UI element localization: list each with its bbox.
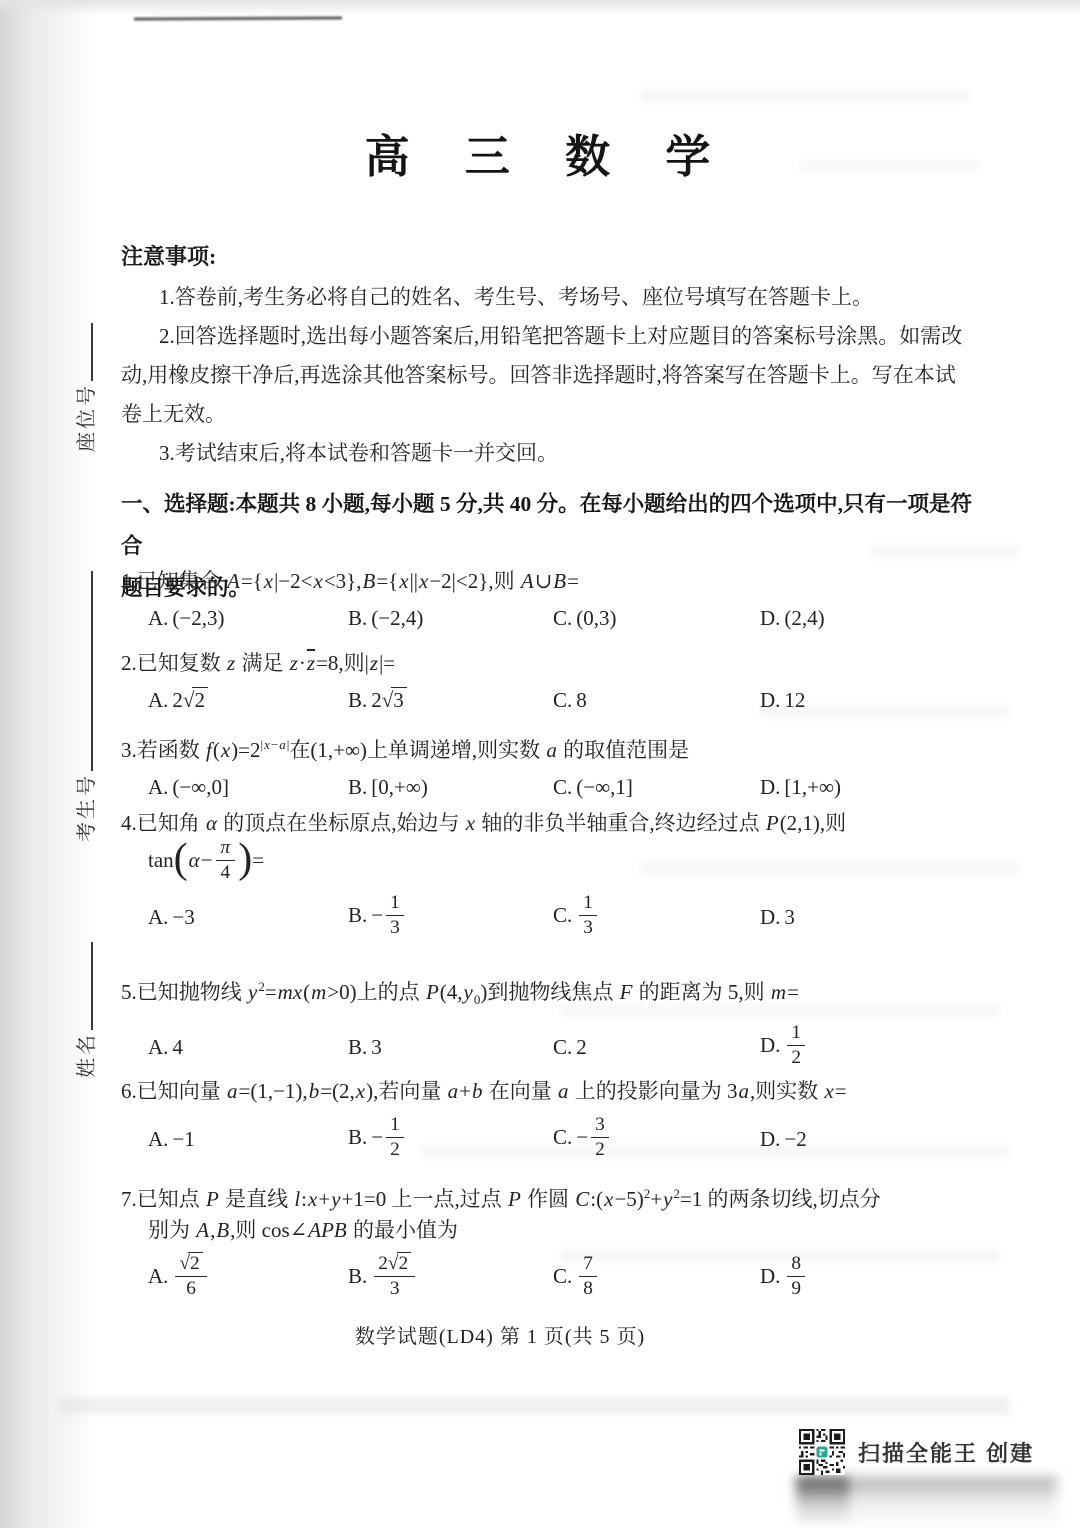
option-D: D.89 xyxy=(760,1255,1001,1301)
math-var: x xyxy=(355,1079,366,1103)
exam-page: 高 三 数 学 注意事项: 1.答卷前,考生务必将自己的姓名、考生号、考场号、座… xyxy=(0,0,1080,1528)
question-2-options: A.2√2B.2√3C.8D.12 xyxy=(121,688,1001,713)
page-footer: 数学试题(LD4) 第 1 页(共 5 页) xyxy=(120,1320,880,1349)
option-A: A.(−∞,0] xyxy=(148,775,348,800)
math-var: f xyxy=(205,738,213,762)
math-var: x xyxy=(263,569,274,593)
option-D: D.3 xyxy=(760,905,1001,930)
math-var: π xyxy=(220,837,232,858)
math-var: x xyxy=(312,569,323,593)
option-label: C. xyxy=(553,1125,572,1149)
question-1-stem-line: 1.已知集合 A={x|−2<x<3},B={x||x−2|<2},则 A∪B= xyxy=(121,566,1001,597)
question-4-options: A.−3B.−13C.13D.3 xyxy=(121,894,1001,940)
numerator: √2 xyxy=(175,1253,206,1277)
denominator: 2 xyxy=(386,1138,404,1161)
side-label-text: 座位号 xyxy=(76,383,98,452)
option-B: B.2√3 xyxy=(348,688,553,713)
denominator: 4 xyxy=(216,861,236,884)
fraction: 89 xyxy=(787,1253,805,1299)
math-var: a xyxy=(447,1079,460,1103)
fill-in-blank-line xyxy=(74,942,93,1030)
option-label: C. xyxy=(553,688,572,712)
math-var: α xyxy=(188,848,201,872)
question-6-options: A.−1B.−12C.−32D.−2 xyxy=(121,1116,1001,1162)
question-4: 4.已知角 α 的顶点在坐标原点,始边与 x 轴的非负半轴重合,终边经过点 P(… xyxy=(121,808,1001,941)
option-label: D. xyxy=(760,1264,780,1288)
math-function: tan xyxy=(148,848,174,872)
side-label-text: 姓名 xyxy=(76,1032,98,1078)
math-var: B xyxy=(552,569,567,593)
question-3: 3.若函数 f(x)=2|x−a|在(1,+∞)上单调递增,则实数 a 的取值范… xyxy=(121,729,1001,800)
denominator: 8 xyxy=(579,1277,597,1300)
question-7-stem-line: 7.已知点 P 是直线 l:x+y+1=0 上一点,过点 P 作圆 C:(x−5… xyxy=(121,1178,1001,1215)
question-3-stem-line: 3.若函数 f(x)=2|x−a|在(1,+∞)上单调递增,则实数 a 的取值范… xyxy=(121,729,1001,766)
big-paren: ) xyxy=(238,836,252,882)
option-A: A.(−2,3) xyxy=(148,606,348,631)
math-var: y xyxy=(463,980,474,1004)
option-B: B.[0,+∞) xyxy=(348,775,553,800)
denominator: 9 xyxy=(787,1277,805,1300)
option-C: C.78 xyxy=(553,1255,760,1301)
math-var: A xyxy=(195,1218,210,1242)
math-var: A xyxy=(520,569,535,593)
radicand: 2 xyxy=(192,687,208,712)
option-label: C. xyxy=(553,775,572,799)
fraction: 78 xyxy=(579,1253,597,1299)
notice-item-2-line: 2.回答选择题时,选出每小题答案后,用铅笔把答题卡上对应题目的答案标号涂黑。如需… xyxy=(121,317,969,356)
option-label: C. xyxy=(553,1264,572,1288)
numerator: 1 xyxy=(787,1022,805,1046)
math-var: mx xyxy=(277,980,304,1004)
option-label: A. xyxy=(148,775,168,799)
option-label: B. xyxy=(348,775,367,799)
math-var: x xyxy=(307,1187,318,1211)
math-var: a xyxy=(226,1079,239,1103)
option-C: C.2 xyxy=(553,1035,760,1060)
math-var: x xyxy=(263,737,271,752)
math-var: C xyxy=(574,1187,590,1211)
question-5: 5.已知抛物线 y2=mx(m>0)上的点 P(4,y0)到抛物线焦点 F 的距… xyxy=(121,971,1001,1070)
scan-artifact xyxy=(640,90,970,102)
option-D: D.(2,4) xyxy=(760,606,1001,631)
option-D: D.−2 xyxy=(760,1127,1001,1152)
question-2: 2.已知复数 z 满足 z·z=8,则|z|=A.2√2B.2√3C.8D.12 xyxy=(121,648,1001,713)
numerator: 8 xyxy=(787,1253,805,1277)
numerator: 3 xyxy=(591,1114,609,1138)
math-function: cos xyxy=(262,1218,290,1242)
radicand: 3 xyxy=(391,687,407,712)
superscript: 2 xyxy=(673,1186,680,1201)
notice-list: 1.答卷前,考生务必将自己的姓名、考生号、考场号、座位号填写在答题卡上。2.回答… xyxy=(121,278,969,473)
math-var: B xyxy=(362,569,377,593)
math-var: y xyxy=(247,980,258,1004)
option-label: D. xyxy=(760,775,780,799)
option-label: A. xyxy=(148,606,168,630)
math-var: B xyxy=(215,1218,230,1242)
qr-code-icon xyxy=(799,1429,845,1475)
math-var: a xyxy=(737,1079,750,1103)
radicand: 2 xyxy=(397,1252,412,1274)
numerator: 1 xyxy=(386,892,404,916)
math-var: x xyxy=(220,738,231,762)
math-var: l xyxy=(293,1187,301,1211)
big-paren: ( xyxy=(174,836,188,882)
option-label: C. xyxy=(553,606,572,630)
option-label: B. xyxy=(348,1264,367,1288)
option-label: B. xyxy=(348,903,367,927)
scan-artifact-line xyxy=(134,16,342,20)
side-label-text: 考生号 xyxy=(76,773,98,842)
math-var: m xyxy=(310,980,327,1004)
option-D: D.[1,+∞) xyxy=(760,775,1001,800)
numerator: 2√2 xyxy=(374,1253,415,1277)
fill-in-blank-line xyxy=(74,323,93,381)
question-4-stem-line: tan(α−π4)= xyxy=(121,839,1001,885)
fraction: √26 xyxy=(175,1253,206,1299)
side-label-2: 考生号 xyxy=(70,571,99,842)
math-var: x xyxy=(398,569,409,593)
math-var: z xyxy=(226,651,236,675)
option-label: D. xyxy=(760,1033,780,1057)
superscript: |x−a| xyxy=(261,737,290,752)
option-label: B. xyxy=(348,688,367,712)
question-6-stem-line: 6.已知向量 a=(1,−1),b=(2,x),若向量 a+b 在向量 a 上的… xyxy=(121,1076,1001,1107)
option-label: D. xyxy=(760,606,780,630)
denominator: 2 xyxy=(591,1138,609,1161)
math-var: y xyxy=(330,1187,341,1211)
sqrt-expression: √2 xyxy=(183,687,208,712)
math-var: P xyxy=(205,1187,220,1211)
question-5-stem-line: 5.已知抛物线 y2=mx(m>0)上的点 P(4,y0)到抛物线焦点 F 的距… xyxy=(121,971,1001,1015)
fraction: π4 xyxy=(216,837,236,883)
scan-top-shade xyxy=(0,0,1080,16)
option-A: A.−3 xyxy=(148,905,348,930)
question-2-stem-line: 2.已知复数 z 满足 z·z=8,则|z|= xyxy=(121,648,1001,679)
math-var: a xyxy=(545,738,558,762)
option-C: C.−32 xyxy=(553,1116,760,1162)
option-C: C.(−∞,1] xyxy=(553,775,760,800)
option-label: A. xyxy=(148,1264,168,1288)
side-label-3: 座位号 xyxy=(70,323,99,452)
scanner-shadow-qr xyxy=(797,1477,849,1527)
sqrt-expression: √2 xyxy=(179,1252,202,1274)
question-3-options: A.(−∞,0]B.[0,+∞)C.(−∞,1]D.[1,+∞) xyxy=(121,775,1001,800)
option-A: A.4 xyxy=(148,1035,348,1060)
scanner-watermark: 扫描全能王 创建 xyxy=(799,1429,1034,1475)
option-label: A. xyxy=(148,905,168,929)
option-label: A. xyxy=(148,1127,168,1151)
denominator: 3 xyxy=(386,916,404,939)
conjugate-var: z xyxy=(306,651,316,675)
side-label-1: 姓名 xyxy=(70,942,99,1078)
math-var: P xyxy=(425,980,440,1004)
option-label: A. xyxy=(148,688,168,712)
question-1: 1.已知集合 A={x|−2<x<3},B={x||x−2|<2},则 A∪B=… xyxy=(121,566,1001,631)
option-label: A. xyxy=(148,1035,168,1059)
question-7-stem-line: 别为 A,B,则 cos∠APB 的最小值为 xyxy=(121,1215,1001,1246)
math-var: x xyxy=(603,1187,614,1211)
fraction: 13 xyxy=(579,892,597,938)
fraction: 32 xyxy=(591,1114,609,1160)
option-label: D. xyxy=(760,1127,780,1151)
fraction: 12 xyxy=(386,1114,404,1160)
question-5-options: A.4B.3C.2D.12 xyxy=(121,1024,1001,1070)
option-label: C. xyxy=(553,1035,572,1059)
question-7: 7.已知点 P 是直线 l:x+y+1=0 上一点,过点 P 作圆 C:(x−5… xyxy=(121,1178,1001,1301)
notice-item-2-line: 动,用橡皮擦干净后,再选涂其他答案标号。回答非选择题时,将答案写在答题卡上。写在… xyxy=(121,356,969,395)
option-A: A.−1 xyxy=(148,1127,348,1152)
notice-heading: 注意事项: xyxy=(121,240,216,271)
numerator: 1 xyxy=(386,1114,404,1138)
question-6: 6.已知向量 a=(1,−1),b=(2,x),若向量 a+b 在向量 a 上的… xyxy=(121,1076,1001,1162)
denominator: 3 xyxy=(374,1277,415,1300)
radical-sign: √ xyxy=(179,1253,188,1274)
option-D: D.12 xyxy=(760,1024,1001,1070)
fraction: 13 xyxy=(386,892,404,938)
option-B: B.2√23 xyxy=(348,1255,553,1301)
math-var: a xyxy=(557,1079,570,1103)
numerator: 7 xyxy=(579,1253,597,1277)
notice-item-1-line: 1.答卷前,考生务必将自己的姓名、考生号、考场号、座位号填写在答题卡上。 xyxy=(121,278,969,317)
denominator: 2 xyxy=(787,1046,805,1069)
fraction: 2√23 xyxy=(374,1253,415,1299)
superscript: 2 xyxy=(644,1186,651,1201)
radical-sign: √ xyxy=(382,688,392,712)
question-1-options: A.(−2,3)B.(−2,4)C.(0,3)D.(2,4) xyxy=(121,606,1001,631)
math-var: y xyxy=(662,1187,673,1211)
option-label: B. xyxy=(348,1035,367,1059)
option-B: B.(−2,4) xyxy=(348,606,553,631)
sqrt-expression: √3 xyxy=(382,687,407,712)
math-var: α xyxy=(205,811,218,835)
scan-artifact-band xyxy=(60,1398,1010,1414)
option-B: B.−12 xyxy=(348,1116,553,1162)
option-label: D. xyxy=(760,688,780,712)
math-var: a xyxy=(278,737,287,752)
notice-item-2-line: 卷上无效。 xyxy=(121,395,969,434)
option-label: B. xyxy=(348,1125,367,1149)
option-A: A.2√2 xyxy=(148,688,348,713)
superscript: 2 xyxy=(258,979,265,994)
fill-in-blank-line xyxy=(74,571,93,771)
math-var: F xyxy=(619,980,634,1004)
math-var: x xyxy=(823,1079,834,1103)
math-var: x xyxy=(418,569,429,593)
radical-sign: √ xyxy=(388,1253,397,1274)
radicand: 2 xyxy=(188,1252,203,1274)
option-label: B. xyxy=(348,606,367,630)
math-var: b xyxy=(308,1079,321,1103)
option-A: A.√26 xyxy=(148,1255,348,1301)
numerator: π xyxy=(216,837,236,861)
notice-item-3-line: 3.考试结束后,将本试卷和答题卡一并交回。 xyxy=(121,434,969,473)
section-heading-line1: 一、选择题:本题共 8 小题,每小题 5 分,共 40 分。在每小题给出的四个选… xyxy=(121,483,981,567)
math-var: P xyxy=(765,811,780,835)
scanner-text: 扫描全能王 创建 xyxy=(858,1437,1034,1468)
denominator: 6 xyxy=(175,1277,206,1300)
question-4-stem-line: 4.已知角 α 的顶点在坐标原点,始边与 x 轴的非负半轴重合,终边经过点 P(… xyxy=(121,808,1001,839)
page-title: 高 三 数 学 xyxy=(120,120,960,185)
option-B: B.3 xyxy=(348,1035,553,1060)
numerator: 1 xyxy=(579,892,597,916)
denominator: 3 xyxy=(579,916,597,939)
subscript: 0 xyxy=(474,992,481,1007)
math-var: b xyxy=(471,1079,484,1103)
option-B: B.−13 xyxy=(348,894,553,940)
question-7-options: A.√26B.2√23C.78D.89 xyxy=(121,1255,1001,1301)
option-C: C.13 xyxy=(553,894,760,940)
math-var: z xyxy=(369,651,379,675)
math-var: A xyxy=(226,569,241,593)
sqrt-expression: √2 xyxy=(388,1252,411,1274)
fraction: 12 xyxy=(787,1022,805,1068)
math-var: P xyxy=(507,1187,522,1211)
math-var: APB xyxy=(307,1218,347,1242)
option-label: D. xyxy=(760,905,780,929)
math-var: z xyxy=(289,651,299,675)
math-var: x xyxy=(465,811,476,835)
option-C: C.(0,3) xyxy=(553,606,760,631)
option-D: D.12 xyxy=(760,688,1001,713)
option-C: C.8 xyxy=(553,688,760,713)
math-var: m xyxy=(770,980,787,1004)
option-label: C. xyxy=(553,903,572,927)
